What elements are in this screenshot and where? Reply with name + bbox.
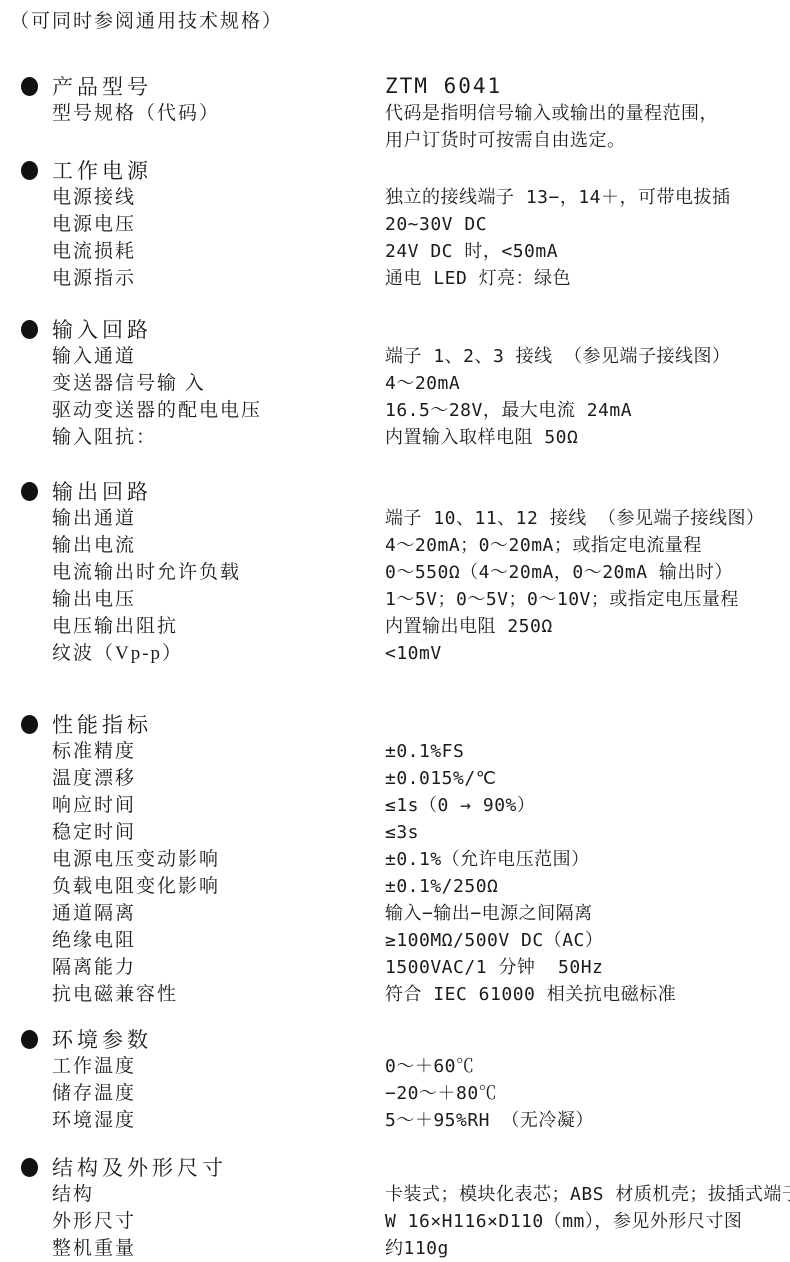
bullet-icon [21,77,38,96]
spec-value: W 16×H116×D110（mm），参见外形尺寸图 [385,1208,790,1235]
spec-label: 电源接线 [52,184,385,211]
spec-row: 抗电磁兼容性符合 IEC 61000 相关抗电磁标准 [0,981,790,1008]
spec-value: −20～＋80℃ [385,1080,790,1107]
section-title: 输出回路 [52,476,385,506]
spec-label: 温度漂移 [52,765,385,792]
spec-value: ≤1s（0 → 90%） [385,792,790,819]
section-title: 结构及外形尺寸 [52,1152,385,1182]
spec-row: 输出通道端子 10、11、12 接线 （参见端子接线图） [0,505,790,532]
spec-row: 结构卡装式；模块化表芯；ABS 材质机壳；拔插式端子 [0,1181,790,1208]
spec-value-line: ±0.1%（允许电压范围） [385,846,790,873]
spec-row: 输出电压1～5V；0～5V；0～10V；或指定电压量程 [0,586,790,613]
spec-document-page: （可同时参阅通用技术规格） 产品型号ZTM 6041型号规格（代码）代码是指明信… [0,0,790,1262]
spec-label: 变送器信号输 入 [52,370,385,397]
spec-row: 纹波（Vp-p）<10mV [0,640,790,667]
spec-value: 符合 IEC 61000 相关抗电磁标准 [385,981,790,1008]
spec-label: 输入通道 [52,343,385,370]
spec-row: 负载电阻变化影响±0.1%/250Ω [0,873,790,900]
spec-value-line: 符合 IEC 61000 相关抗电磁标准 [385,981,790,1008]
spec-row: 工作温度0～＋60℃ [0,1053,790,1080]
spec-value: 0～＋60℃ [385,1053,790,1080]
spec-value-line: 输入−输出−电源之间隔离 [385,900,790,927]
spec-label: 驱动变送器的配电电压 [52,397,385,424]
spec-value-line: ≥100MΩ/500V DC（AC） [385,927,790,954]
spec-row: 整机重量约110g [0,1235,790,1262]
spec-value-line: 4～20mA；0～20mA；或指定电流量程 [385,532,790,559]
spec-value-line: 4～20mA [385,370,790,397]
spec-value-line: 独立的接线端子 13−，14＋，可带电拔插 [385,184,790,211]
spec-value-line: W 16×H116×D110（mm），参见外形尺寸图 [385,1208,790,1235]
spec-value-line: 16.5～28V，最大电流 24mA [385,397,790,424]
spec-value-line: 5～＋95%RH （无冷凝） [385,1107,790,1134]
spec-label: 输出通道 [52,505,385,532]
spec-value: 20~30V DC [385,211,790,238]
spec-row: 外形尺寸W 16×H116×D110（mm），参见外形尺寸图 [0,1208,790,1235]
spec-value-line: 24V DC 时，<50mA [385,238,790,265]
spec-value: 24V DC 时，<50mA [385,238,790,265]
bullet-icon [21,482,38,501]
spec-value: 独立的接线端子 13−，14＋，可带电拔插 [385,184,790,211]
section-input-circuit: 输入回路输入通道端子 1、2、3 接线 （参见端子接线图）变送器信号输 入4～2… [0,314,790,451]
spec-value-line: 卡装式；模块化表芯；ABS 材质机壳；拔插式端子 [385,1181,790,1208]
spec-value-line: 1～5V；0～5V；0～10V；或指定电压量程 [385,586,790,613]
spec-row: 通道隔离输入−输出−电源之间隔离 [0,900,790,927]
spec-value: 4～20mA [385,370,790,397]
spec-row: 型号规格（代码）代码是指明信号输入或输出的量程范围，用户订货时可按需自由选定。 [0,100,790,154]
section-header: 环境参数 [0,1024,790,1053]
spec-row: 标准精度±0.1%FS [0,738,790,765]
spec-row: 电源接线独立的接线端子 13−，14＋，可带电拔插 [0,184,790,211]
spec-label: 电源电压变动影响 [52,846,385,873]
header-note: （可同时参阅通用技术规格） [10,10,790,34]
bullet-icon [21,320,38,339]
spec-row: 响应时间≤1s（0 → 90%） [0,792,790,819]
spec-value-line: −20～＋80℃ [385,1080,790,1107]
section-header: 结构及外形尺寸 [0,1152,790,1181]
spec-row: 电源电压变动影响±0.1%（允许电压范围） [0,846,790,873]
spec-label: 标准精度 [52,738,385,765]
spec-row: 隔离能力1500VAC/1 分钟 50Hz [0,954,790,981]
spec-value-line: 0～550Ω（4～20mA，0～20mA 输出时） [385,559,790,586]
spec-label: 电源电压 [52,211,385,238]
spec-row: 绝缘电阻≥100MΩ/500V DC（AC） [0,927,790,954]
spec-value: 5～＋95%RH （无冷凝） [385,1107,790,1134]
spec-row: 电源指示通电 LED 灯亮：绿色 [0,265,790,292]
spec-label: 隔离能力 [52,954,385,981]
spec-value: 端子 10、11、12 接线 （参见端子接线图） [385,505,790,532]
spec-value: ±0.1%/250Ω [385,873,790,900]
spec-value: ±0.015%/℃ [385,765,790,792]
section-header: 工作电源 [0,155,790,184]
spec-value: 内置输入取样电阻 50Ω [385,424,790,451]
spec-value: 输入−输出−电源之间隔离 [385,900,790,927]
spec-value-line: <10mV [385,640,790,667]
spec-label: 通道隔离 [52,900,385,927]
spec-value-line: 通电 LED 灯亮：绿色 [385,265,790,292]
spec-row: 输入通道端子 1、2、3 接线 （参见端子接线图） [0,343,790,370]
spec-value-line: 内置输出电阻 250Ω [385,613,790,640]
section-header: 产品型号ZTM 6041 [0,71,790,100]
section-header: 性能指标 [0,709,790,738]
section-environment: 环境参数工作温度0～＋60℃储存温度−20～＋80℃环境湿度5～＋95%RH （… [0,1024,790,1134]
spec-label: 纹波（Vp-p） [52,640,385,667]
section-title-value: ZTM 6041 [385,74,790,98]
spec-label: 电流损耗 [52,238,385,265]
spec-value-line: ≤3s [385,819,790,846]
spec-row: 变送器信号输 入4～20mA [0,370,790,397]
section-title: 性能指标 [52,709,385,739]
spec-value-line: 20~30V DC [385,211,790,238]
spec-value: ≥100MΩ/500V DC（AC） [385,927,790,954]
section-title: 输入回路 [52,314,385,344]
spec-value-line: ±0.015%/℃ [385,765,790,792]
spec-value: 内置输出电阻 250Ω [385,613,790,640]
spec-value-line: 约110g [385,1235,790,1262]
spec-value-line: 用户订货时可按需自由选定。 [385,127,790,154]
spec-label: 输出电流 [52,532,385,559]
spec-row: 输出电流4～20mA；0～20mA；或指定电流量程 [0,532,790,559]
spec-label: 负载电阻变化影响 [52,873,385,900]
section-header: 输入回路 [0,314,790,343]
spec-value: 16.5～28V，最大电流 24mA [385,397,790,424]
spec-value: 4～20mA；0～20mA；或指定电流量程 [385,532,790,559]
section-title: 产品型号 [52,71,385,101]
spec-label: 外形尺寸 [52,1208,385,1235]
spec-value: 卡装式；模块化表芯；ABS 材质机壳；拔插式端子 [385,1181,790,1208]
spec-value-line: ±0.1%FS [385,738,790,765]
spec-value: 0～550Ω（4～20mA，0～20mA 输出时） [385,559,790,586]
spec-label: 储存温度 [52,1080,385,1107]
spec-value: 代码是指明信号输入或输出的量程范围，用户订货时可按需自由选定。 [385,100,790,154]
spec-label: 输入阻抗： [52,424,385,451]
spec-row: 电流损耗24V DC 时，<50mA [0,238,790,265]
spec-row: 驱动变送器的配电电压16.5～28V，最大电流 24mA [0,397,790,424]
section-output-circuit: 输出回路输出通道端子 10、11、12 接线 （参见端子接线图）输出电流4～20… [0,476,790,667]
spec-row: 稳定时间≤3s [0,819,790,846]
spec-value: 约110g [385,1235,790,1262]
spec-row: 温度漂移±0.015%/℃ [0,765,790,792]
spec-value-line: 0～＋60℃ [385,1053,790,1080]
bullet-icon [21,161,38,180]
spec-label: 整机重量 [52,1235,385,1262]
spec-value-line: 代码是指明信号输入或输出的量程范围， [385,100,790,127]
bullet-icon [21,1030,38,1049]
section-title: 环境参数 [52,1024,385,1054]
spec-value: <10mV [385,640,790,667]
section-structure-dimensions: 结构及外形尺寸结构卡装式；模块化表芯；ABS 材质机壳；拔插式端子外形尺寸W 1… [0,1152,790,1262]
spec-value: ±0.1%（允许电压范围） [385,846,790,873]
spec-value: 通电 LED 灯亮：绿色 [385,265,790,292]
bullet-icon [21,715,38,734]
section-power-supply: 工作电源电源接线独立的接线端子 13−，14＋，可带电拔插电源电压20~30V … [0,155,790,292]
spec-value-line: ±0.1%/250Ω [385,873,790,900]
spec-label: 电源指示 [52,265,385,292]
spec-value-line: 端子 1、2、3 接线 （参见端子接线图） [385,343,790,370]
spec-label: 稳定时间 [52,819,385,846]
spec-value-line: ≤1s（0 → 90%） [385,792,790,819]
sections: 产品型号ZTM 6041型号规格（代码）代码是指明信号输入或输出的量程范围，用户… [0,71,790,1262]
section-performance: 性能指标标准精度±0.1%FS温度漂移±0.015%/℃响应时间≤1s（0 → … [0,709,790,1008]
spec-value: 1500VAC/1 分钟 50Hz [385,954,790,981]
spec-label: 输出电压 [52,586,385,613]
spec-value: ≤3s [385,819,790,846]
spec-row: 储存温度−20～＋80℃ [0,1080,790,1107]
spec-value-line: 内置输入取样电阻 50Ω [385,424,790,451]
spec-row: 输入阻抗：内置输入取样电阻 50Ω [0,424,790,451]
spec-value-line: 1500VAC/1 分钟 50Hz [385,954,790,981]
spec-value: 1～5V；0～5V；0～10V；或指定电压量程 [385,586,790,613]
spec-label: 结构 [52,1181,385,1208]
spec-label: 响应时间 [52,792,385,819]
spec-row: 电压输出阻抗内置输出电阻 250Ω [0,613,790,640]
spec-label: 绝缘电阻 [52,927,385,954]
spec-row: 电源电压20~30V DC [0,211,790,238]
spec-row: 电流输出时允许负载0～550Ω（4～20mA，0～20mA 输出时） [0,559,790,586]
spec-label: 环境湿度 [52,1107,385,1134]
spec-label: 工作温度 [52,1053,385,1080]
spec-value: 端子 1、2、3 接线 （参见端子接线图） [385,343,790,370]
spec-row: 环境湿度5～＋95%RH （无冷凝） [0,1107,790,1134]
section-product-model: 产品型号ZTM 6041型号规格（代码）代码是指明信号输入或输出的量程范围，用户… [0,71,790,154]
spec-label: 电流输出时允许负载 [52,559,385,586]
spec-label: 型号规格（代码） [52,100,385,127]
spec-value-line: 端子 10、11、12 接线 （参见端子接线图） [385,505,790,532]
section-title: 工作电源 [52,155,385,185]
section-header: 输出回路 [0,476,790,505]
spec-value: ±0.1%FS [385,738,790,765]
spec-label: 抗电磁兼容性 [52,981,385,1008]
bullet-icon [21,1158,38,1177]
spec-label: 电压输出阻抗 [52,613,385,640]
